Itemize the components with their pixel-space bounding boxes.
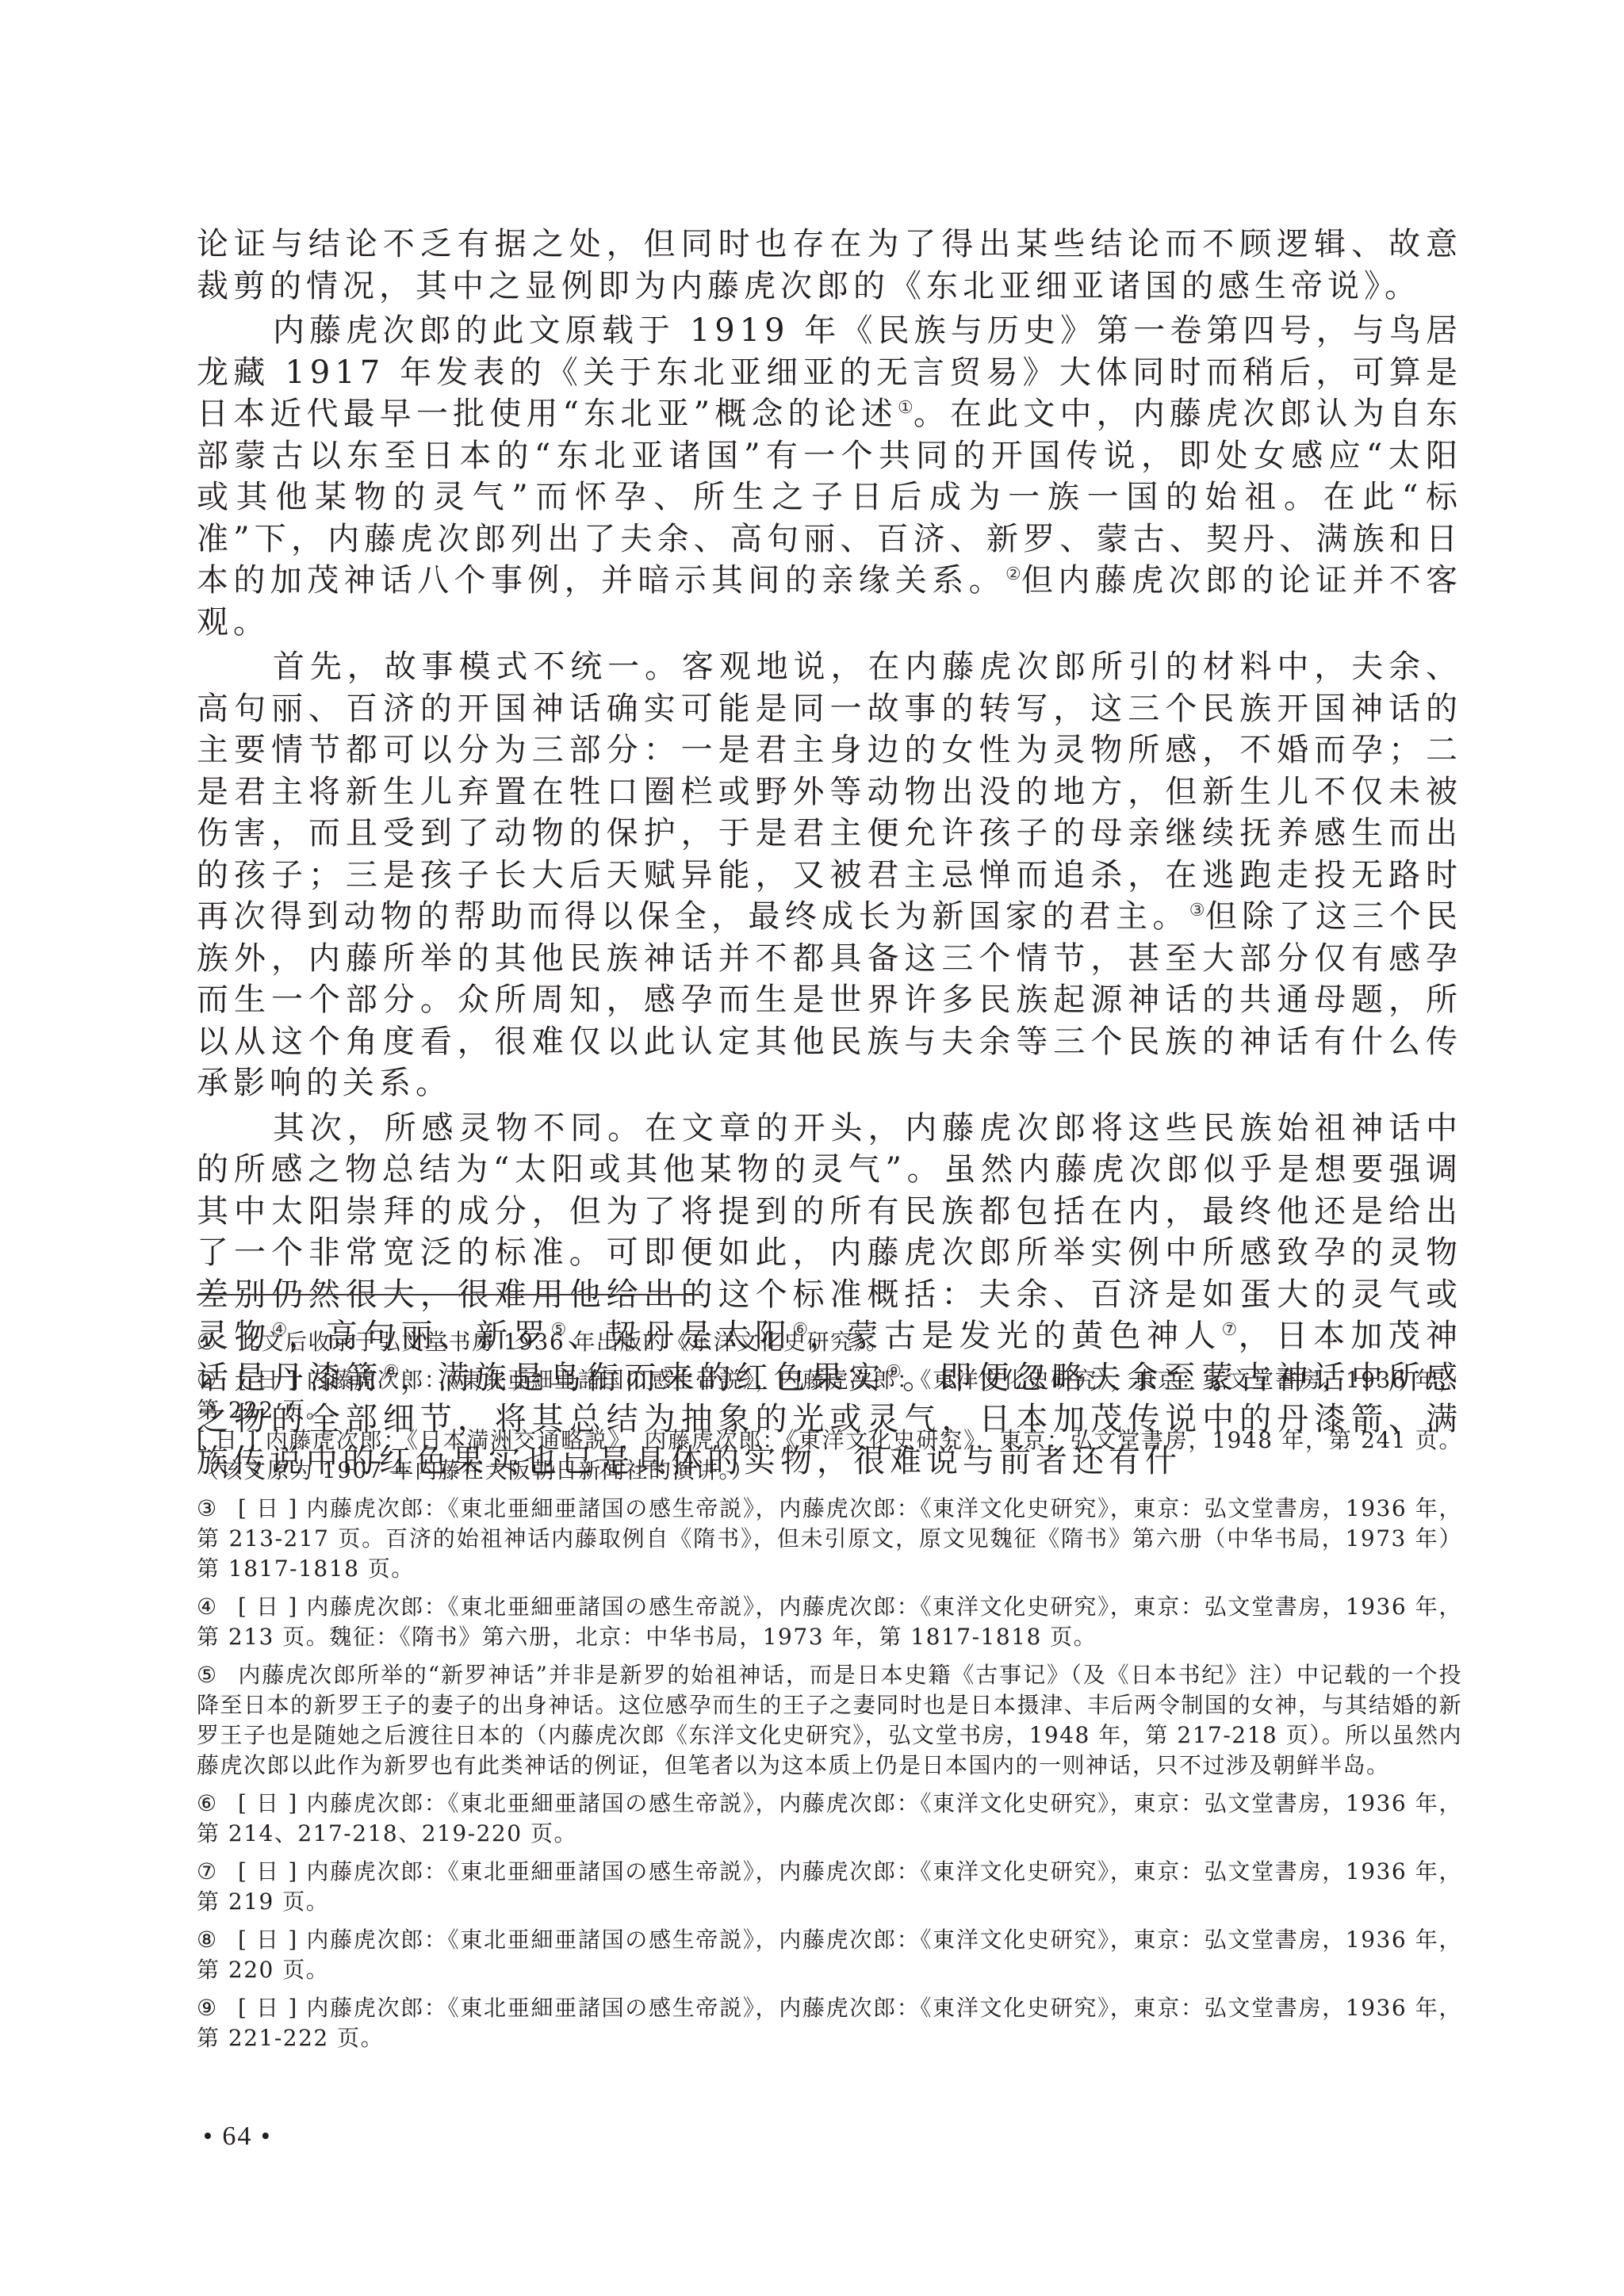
footnote-text: [ 日 ] 内藤虎次郎：《東北亜細亜諸国の感生帝説》，内藤虎次郎：《東洋文化史研…: [197, 1790, 1462, 1846]
footnote-marker: ⑧: [197, 1925, 238, 1955]
footnote-text: 此文后收录于弘文堂书房 1936 年出版的《东洋文化史研究》。: [238, 1329, 890, 1355]
footnote-marker: ⑥: [197, 1789, 238, 1819]
paragraph: 论证与结论不乏有据之处，但同时也存在为了得出某些结论而不顾逻辑、故意裁剪的情况，…: [197, 224, 1462, 307]
footnote-divider: [197, 1294, 703, 1295]
footnote-text: [ 日 ] 内藤虎次郎：《東北亜細亜諸国の感生帝説》，内藤虎次郎：《東洋文化史研…: [197, 1858, 1462, 1915]
footnote-marker: ②: [197, 1365, 238, 1395]
footnote-marker: ⑦: [197, 1857, 238, 1887]
footnote-reference[interactable]: ②: [1005, 564, 1021, 584]
footnote-reference[interactable]: ③: [1189, 901, 1205, 920]
footnote-reference[interactable]: ①: [898, 398, 913, 418]
footnote-marker: ④: [197, 1592, 238, 1622]
footnote-text: [ 日 ] 内藤虎次郎：《東北亜細亜諸国の感生帝説》，内藤虎次郎：《東洋文化史研…: [197, 1367, 1462, 1423]
footnote-item: ③[ 日 ] 内藤虎次郎：《東北亜細亜諸国の感生帝説》，内藤虎次郎：《東洋文化史…: [197, 1494, 1462, 1584]
paragraph: 内藤虎次郎的此文原载于 1919 年《民族与历史》第一卷第四号，与鸟居龙藏 19…: [197, 310, 1462, 643]
footnote-item: ⑨[ 日 ] 内藤虎次郎：《東北亜細亜諸国の感生帝説》，内藤虎次郎：《東洋文化史…: [197, 1993, 1462, 2053]
footnote-item: ④[ 日 ] 内藤虎次郎：《東北亜細亜諸国の感生帝説》，内藤虎次郎：《東洋文化史…: [197, 1592, 1462, 1652]
footnote-item: ⑥[ 日 ] 内藤虎次郎：《東北亜細亜諸国の感生帝説》，内藤虎次郎：《東洋文化史…: [197, 1789, 1462, 1849]
footnotes: ①此文后收录于弘文堂书房 1936 年出版的《东洋文化史研究》。②[ 日 ] 内…: [197, 1327, 1462, 2061]
footnote-item: ⑧[ 日 ] 内藤虎次郎：《東北亜細亜諸国の感生帝説》，内藤虎次郎：《東洋文化史…: [197, 1925, 1462, 1985]
footnote-text: [ 日 ] 内藤虎次郎：《東北亜細亜諸国の感生帝説》，内藤虎次郎：《東洋文化史研…: [197, 1995, 1462, 2051]
footnote-text: [ 日 ] 内藤虎次郎：《東北亜細亜諸国の感生帝説》，内藤虎次郎：《東洋文化史研…: [197, 1594, 1462, 1650]
footnote-item: [ 日 ] 内藤虎次郎：《日本満洲交通略説》，内藤虎次郎：《東洋文化史研究》，東…: [197, 1425, 1462, 1486]
footnote-item: ⑦[ 日 ] 内藤虎次郎：《東北亜細亜諸国の感生帝説》，内藤虎次郎：《東洋文化史…: [197, 1857, 1462, 1917]
footnote-item: ⑤内藤虎次郎所举的“新罗神话”并非是新罗的始祖神话，而是日本史籍《古事记》（及《…: [197, 1660, 1462, 1781]
footnote-text: [ 日 ] 内藤虎次郎：《東北亜細亜諸国の感生帝説》，内藤虎次郎：《東洋文化史研…: [197, 1927, 1462, 1983]
body-text: 论证与结论不乏有据之处，但同时也存在为了得出某些结论而不顾逻辑、故意裁剪的情况，…: [197, 224, 1462, 1482]
footnote-text: [ 日 ] 内藤虎次郎：《日本満洲交通略説》，内藤虎次郎：《東洋文化史研究》，東…: [197, 1427, 1462, 1483]
footnote-marker: ⑨: [197, 1993, 238, 2023]
footnote-text: [ 日 ] 内藤虎次郎：《東北亜細亜諸国の感生帝説》，内藤虎次郎：《東洋文化史研…: [197, 1495, 1462, 1582]
footnote-marker: ⑤: [197, 1660, 238, 1690]
paragraph: 首先，故事模式不统一。客观地说，在内藤虎次郎所引的材料中，夫余、高句丽、百济的开…: [197, 646, 1462, 1104]
footnote-text: 内藤虎次郎所举的“新罗神话”并非是新罗的始祖神话，而是日本史籍《古事记》（及《日…: [197, 1662, 1462, 1778]
footnote-item: ①此文后收录于弘文堂书房 1936 年出版的《东洋文化史研究》。: [197, 1327, 1462, 1357]
footnote-marker: ①: [197, 1327, 238, 1357]
page-body: 论证与结论不乏有据之处，但同时也存在为了得出某些结论而不顾逻辑、故意裁剪的情况，…: [197, 224, 1462, 1485]
page-number: • 64 •: [203, 2122, 272, 2152]
footnote-item: ②[ 日 ] 内藤虎次郎：《東北亜細亜諸国の感生帝説》，内藤虎次郎：《東洋文化史…: [197, 1365, 1462, 1425]
paragraph-text: 首先，故事模式不统一。客观地说，在内藤虎次郎所引的材料中，夫余、高句丽、百济的开…: [197, 649, 1462, 935]
paragraph-text: 论证与结论不乏有据之处，但同时也存在为了得出某些结论而不顾逻辑、故意裁剪的情况，…: [197, 226, 1462, 304]
footnote-marker: ③: [197, 1494, 238, 1524]
